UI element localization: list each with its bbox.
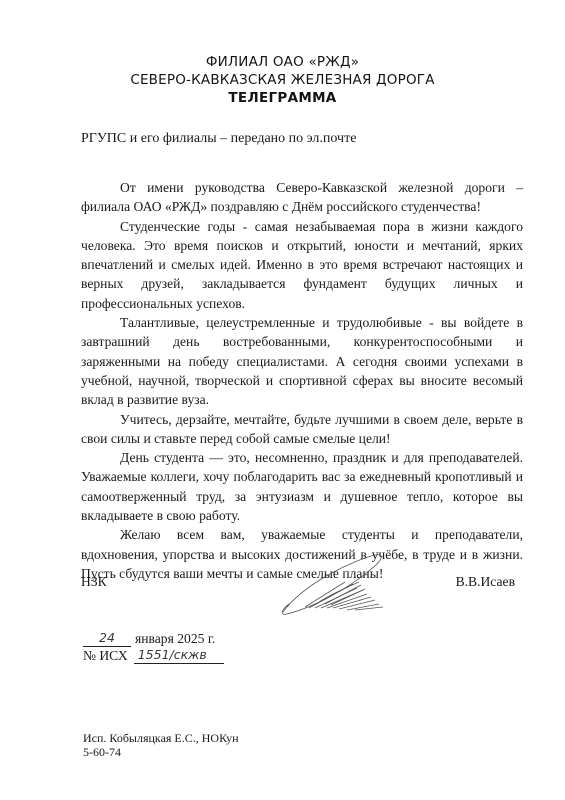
- paragraph: Учитесь, дерзайте, мечтайте, будьте лучш…: [81, 410, 523, 449]
- handwritten-signature-icon: [275, 552, 415, 618]
- org-branch-title: ФИЛИАЛ ОАО «РЖД»: [0, 53, 565, 71]
- letterhead: ФИЛИАЛ ОАО «РЖД» СЕВЕРО-КАВКАЗСКАЯ ЖЕЛЕЗ…: [0, 53, 565, 107]
- paragraph: От имени руководства Северо-Кавказской ж…: [81, 178, 523, 217]
- outgoing-number: 1551/скжв: [134, 647, 224, 664]
- signer-name: В.В.Исаев: [456, 574, 515, 590]
- date-and-number: 24 января 2025 г. № ИСХ 1551/скжв: [83, 630, 224, 664]
- paragraph: Студенческие годы - самая незабываемая п…: [81, 217, 523, 313]
- executor-info: Исп. Кобыляцкая Е.С., НОКун 5-60-74: [83, 731, 239, 759]
- date-month-year: января 2025 г.: [135, 631, 215, 647]
- railway-name: СЕВЕРО-КАВКАЗСКАЯ ЖЕЛЕЗНАЯ ДОРОГА: [0, 71, 565, 89]
- outgoing-number-label: № ИСХ: [83, 648, 128, 664]
- recipient-line: РГУПС и его филиалы – передано по эл.поч…: [81, 131, 356, 147]
- executor-name: Исп. Кобыляцкая Е.С., НОКун: [83, 731, 239, 745]
- date-day: 24: [83, 630, 131, 647]
- paragraph: День студента — это, несомненно, праздни…: [81, 448, 523, 525]
- executor-phone: 5-60-74: [83, 745, 239, 759]
- letter-body: От имени руководства Северо-Кавказской ж…: [81, 178, 523, 583]
- document-type: ТЕЛЕГРАММА: [0, 89, 565, 107]
- paragraph: Талантливые, целеустремленные и трудолюб…: [81, 313, 523, 409]
- signer-position: НЗК: [81, 574, 107, 590]
